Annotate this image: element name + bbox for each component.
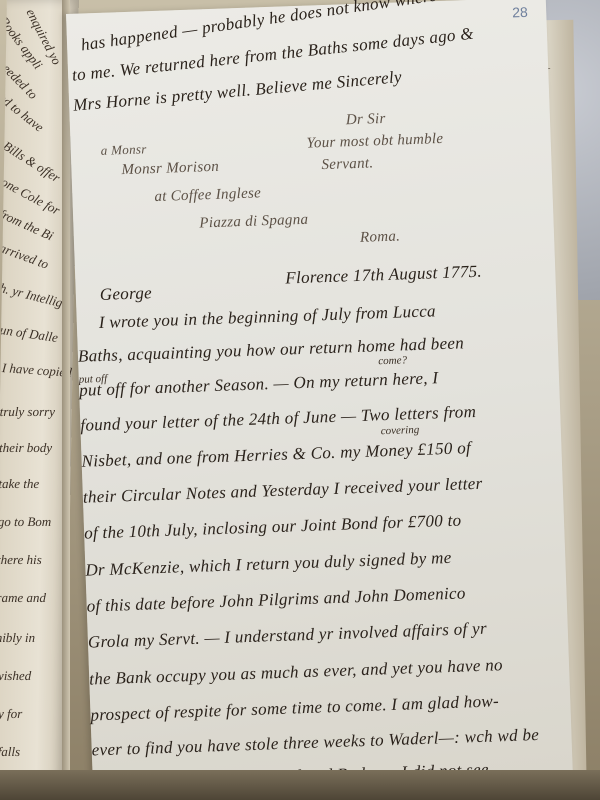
- left-fragment: un of Dalle: [0, 322, 59, 346]
- left-fragment: ly for: [0, 706, 22, 722]
- left-fragment: truly sorry: [0, 404, 55, 420]
- body-line: of this date before John Pilgrims and Jo…: [86, 583, 466, 616]
- left-fragment: there his: [0, 552, 42, 568]
- body-line: Nisbet, and one from Herries & Co. my Mo…: [81, 438, 471, 472]
- body-line: their Circular Notes and Yesterday I rec…: [83, 474, 483, 508]
- left-fragment: take the: [0, 476, 39, 492]
- body-line: put off for another Season. — On my retu…: [79, 368, 439, 401]
- salutation-abbrev: Dr Sir: [346, 111, 386, 129]
- left-fragment: h. yr Intellige: [0, 280, 70, 313]
- left-fragment: rame and: [0, 590, 46, 606]
- left-fragment: nibly in: [0, 630, 35, 646]
- book-bottom-edge: [0, 770, 600, 800]
- left-fragment: falls: [0, 744, 20, 760]
- left-fragment: arrived to: [0, 240, 51, 273]
- body-line: prospect of respite for some time to com…: [90, 691, 499, 725]
- body-line: I wrote you in the beginning of July fro…: [98, 301, 436, 333]
- interlinear-insertion: come?: [378, 354, 407, 367]
- left-fragment: go to Bom: [0, 514, 51, 530]
- place-date: Florence 17th August 1775.: [285, 262, 482, 289]
- body-line: ever to find you have stole three weeks …: [91, 725, 539, 761]
- address-line: Piazza di Spagna: [199, 212, 309, 233]
- manuscript-page: 28 has happened — probably he does not k…: [66, 0, 573, 790]
- recipient-marginal: George: [99, 283, 152, 305]
- left-fragment: wished: [0, 668, 31, 684]
- address-line: Roma.: [360, 228, 401, 246]
- interlinear-insertion: covering: [381, 424, 420, 437]
- subscription-line: Your most obt humble: [306, 131, 443, 153]
- address-prefix: a Monsr: [101, 141, 147, 159]
- page-number: 28: [512, 4, 528, 21]
- body-line: Grola my Servt. — I understand yr involv…: [88, 619, 488, 653]
- body-line: the Bank occupy you as much as ever, and…: [89, 655, 503, 689]
- left-fragment: their body: [0, 440, 52, 456]
- address-line: at Coffee Inglese: [154, 185, 261, 206]
- body-line: Dr McKenzie, which I return you duly sig…: [85, 548, 452, 581]
- address-name: Monsr Morison: [121, 159, 219, 179]
- body-line: of the 10th July, inclosing our Joint Bo…: [84, 511, 462, 544]
- subscription-line: Servant.: [321, 155, 374, 174]
